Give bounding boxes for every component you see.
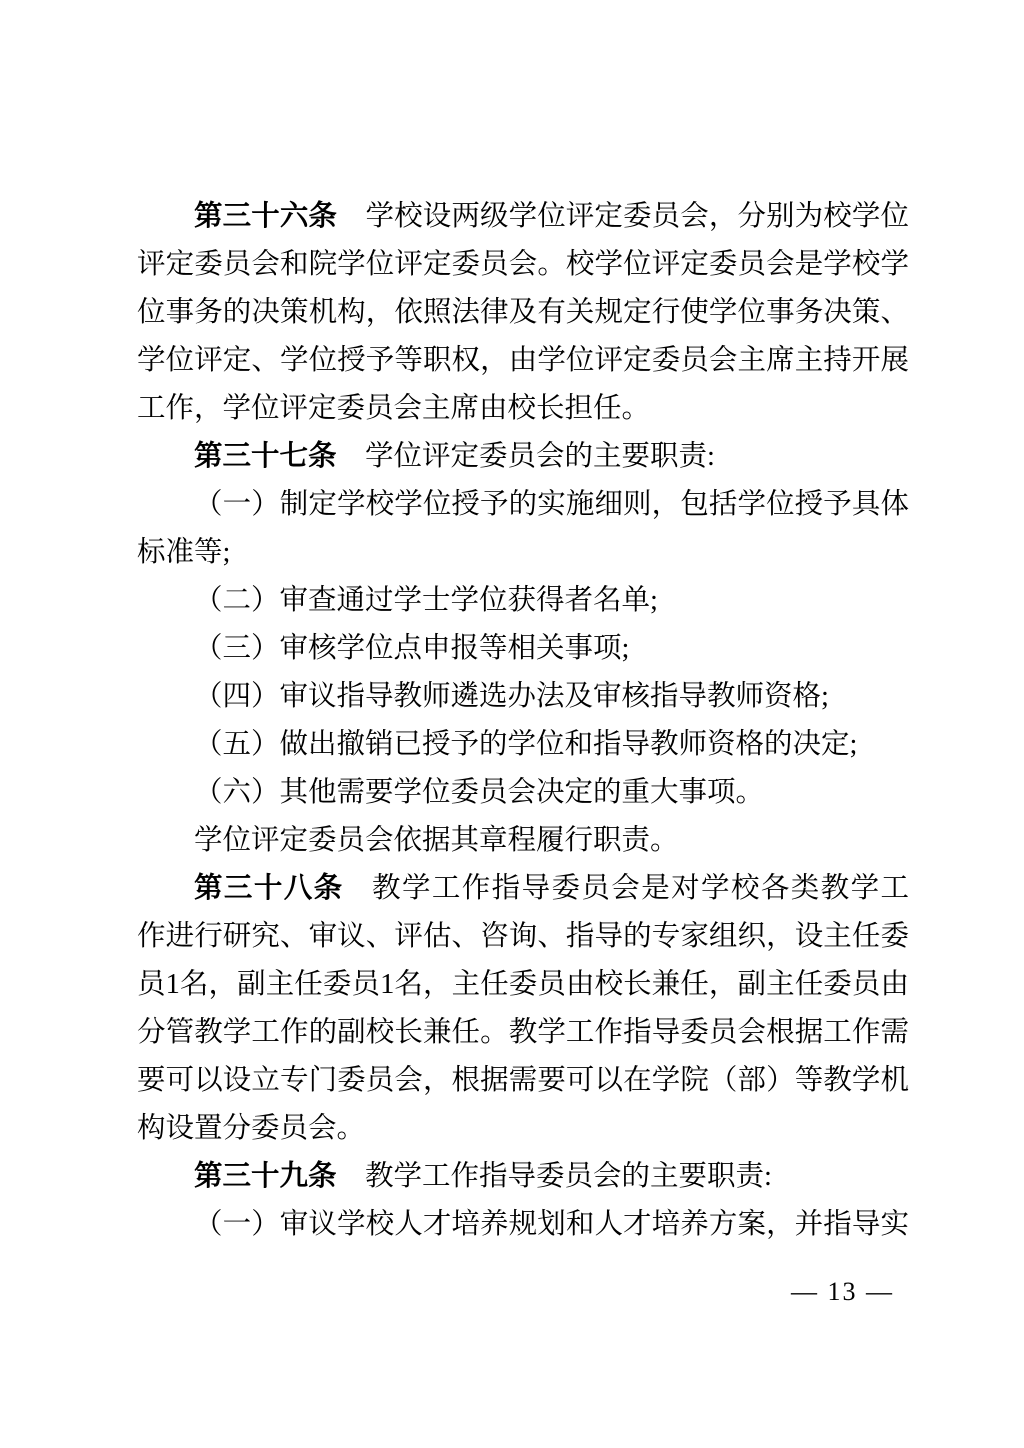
document-body: 第三十六条学校设两级学位评定委员会，分别为校学位评定委员会和院学位评定委员会。校… (137, 193, 909, 1249)
text-line: （一）制定学校学位授予的实施细则，包括学位授予具体 (137, 481, 909, 529)
text-line: 标准等; (137, 529, 909, 577)
article-heading-line: 第三十八条教学工作指导委员会是对学校各类教学工 (137, 865, 909, 913)
text-line: 作进行研究、审议、评估、咨询、指导的专家组织，设主任委 (137, 913, 909, 961)
text-line: （三）审核学位点申报等相关事项; (137, 625, 909, 673)
text-line: （六）其他需要学位委员会决定的重大事项。 (137, 769, 909, 817)
text-line: 工作，学位评定委员会主席由校长担任。 (137, 385, 909, 433)
text-line: 位事务的决策机构，依照法律及有关规定行使学位事务决策、 (137, 289, 909, 337)
article-heading-line: 第三十七条学位评定委员会的主要职责: (137, 433, 909, 481)
text-line: （五）做出撤销已授予的学位和指导教师资格的决定; (137, 721, 909, 769)
text-line: 构设置分委员会。 (137, 1105, 909, 1153)
article-number: 第三十六条 (194, 201, 337, 232)
text-line: （四）审议指导教师遴选办法及审核指导教师资格; (137, 673, 909, 721)
text-line: 评定委员会和院学位评定委员会。校学位评定委员会是学校学 (137, 241, 909, 289)
article-heading-line: 第三十六条学校设两级学位评定委员会，分别为校学位 (137, 193, 909, 241)
text-line: （二）审查通过学士学位获得者名单; (137, 577, 909, 625)
document-page: 第三十六条学校设两级学位评定委员会，分别为校学位评定委员会和院学位评定委员会。校… (0, 0, 1024, 1448)
text-line: （一）审议学校人才培养规划和人才培养方案，并指导实 (137, 1201, 909, 1249)
article-number: 第三十七条 (194, 441, 337, 472)
text-line: 员1名，副主任委员1名，主任委员由校长兼任，副主任委员由 (137, 961, 909, 1009)
text-line: 分管教学工作的副校长兼任。教学工作指导委员会根据工作需 (137, 1009, 909, 1057)
text-line: 学位评定委员会依据其章程履行职责。 (137, 817, 909, 865)
text-line: 要可以设立专门委员会，根据需要可以在学院（部）等教学机 (137, 1057, 909, 1105)
text-line: 学位评定、学位授予等职权，由学位评定委员会主席主持开展 (137, 337, 909, 385)
page-number: — 13 — (791, 1276, 894, 1308)
article-number: 第三十八条 (194, 873, 344, 904)
article-number: 第三十九条 (194, 1161, 337, 1192)
article-heading-line: 第三十九条教学工作指导委员会的主要职责: (137, 1153, 909, 1201)
